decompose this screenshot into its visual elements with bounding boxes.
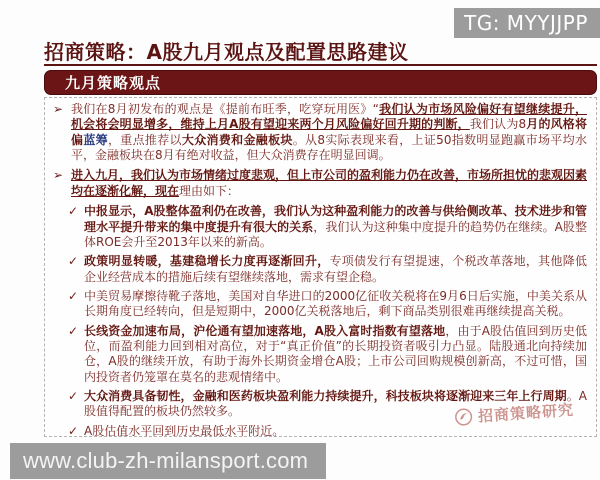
check-bullet-icon: ✓: [66, 389, 84, 404]
arrow-bullet-icon: ➢: [51, 168, 71, 183]
bullet-text: 中美贸易摩擦待靴子落地，美国对自华进口的2000亿征收关税将在9月6日后实施，中…: [84, 289, 587, 320]
tg-badge: TG: MYYJJPP: [454, 8, 600, 38]
bullet-text: 长线资金加速布局，沪伦通有望加速落地，A股入富时指数有望落地，由于A股估值回到历…: [84, 324, 587, 385]
tg-badge-text: TG: MYYJJPP: [464, 11, 588, 35]
text-segment: 大众消费和金融板块: [182, 133, 293, 147]
bullet-item: ✓A股估值水平回到历史最低水平附近。: [66, 424, 587, 439]
bullet-text: 大众消费具备韧性，金融和医药板块盈利能力持续提升，科技板块将逐渐迎来三年上行周期…: [84, 389, 587, 420]
text-segment: 蓝筹: [83, 133, 108, 147]
bullet-text: 进入九月，我们认为市场情绪过度悲观，但上市公司的盈利能力仍在改善，市场所担忧的悲…: [71, 168, 587, 199]
text-segment: 大众消费具备韧性，金融和医药板块盈利能力持续提升，科技板块将逐渐迎来三年上行周期: [84, 389, 567, 403]
bullet-item: ✓大众消费具备韧性，金融和医药板块盈利能力持续提升，科技板块将逐渐迎来三年上行周…: [66, 389, 587, 420]
check-bullet-icon: ✓: [66, 254, 84, 269]
bullet-text: 我们在8月初发布的观点是《提前布旺季，吃穿玩用医》“我们认为市场风险偏好有望继续…: [71, 102, 587, 163]
text-segment: 我们在8月初发布的观点是《提前布旺季，吃穿玩用医》“: [71, 102, 379, 116]
bullet-item: ✓中美贸易摩擦待靴子落地，美国对自华进口的2000亿征收关税将在9月6日后实施，…: [66, 289, 587, 320]
text-segment: ，重点推荐以: [108, 133, 182, 147]
text-segment: 中美贸易摩擦待靴子落地，美国对自华进口的2000亿征收关税将在9月6日后实施，中…: [84, 289, 587, 318]
check-bullet-icon: ✓: [66, 424, 84, 439]
content-box: ➢我们在8月初发布的观点是《提前布旺季，吃穿玩用医》“我们认为市场风险偏好有望继…: [44, 97, 597, 437]
section-header-label: 九月策略观点: [65, 72, 161, 93]
title-underline: [44, 64, 597, 66]
text-segment: 进入九月，我们认为市场情绪过度悲观，但上市公司的盈利能力仍在改善，市场所担忧的悲…: [71, 168, 587, 197]
check-bullet-icon: ✓: [66, 289, 84, 304]
arrow-bullet-icon: ➢: [51, 102, 71, 117]
text-segment: 我们认为8: [470, 117, 526, 131]
bullet-item: ✓政策明显转暖，基建稳增长力度再逐渐回升，专项债发行有望提速，个税改革落地，其他…: [66, 254, 587, 285]
bullet-item: ✓中报显示，A股整体盈利仍在改善，我们认为这种盈利能力的改善与供给侧改革、技术进…: [66, 204, 587, 250]
bullet-text: A股估值水平回到历史最低水平附近。: [84, 424, 587, 439]
footer-url: www.club-zh-milansport.com: [23, 448, 308, 474]
bullet-item: ➢我们在8月初发布的观点是《提前布旺季，吃穿玩用医》“我们认为市场风险偏好有望继…: [51, 102, 587, 163]
bullet-item: ✓长线资金加速布局，沪伦通有望加速落地，A股入富时指数有望落地，由于A股估值回到…: [66, 324, 587, 385]
bullet-item: ➢进入九月，我们认为市场情绪过度悲观，但上市公司的盈利能力仍在改善，市场所担忧的…: [51, 168, 587, 199]
bullet-text: 中报显示，A股整体盈利仍在改善，我们认为这种盈利能力的改善与供给侧改革、技术进步…: [84, 204, 587, 250]
slide-page: TG: MYYJJPP 招商策略：A股九月观点及配置思路建议 九月策略观点 ➢我…: [0, 0, 600, 480]
text-segment: A股估值水平回到历史最低水平附近。: [84, 424, 284, 438]
text-segment: 理由如下：: [179, 184, 239, 198]
bullet-text: 政策明显转暖，基建稳增长力度再逐渐回升，专项债发行有望提速，个税改革落地，其他降…: [84, 254, 587, 285]
section-header: 九月策略观点: [44, 70, 597, 95]
footer-watermark-bar: www.club-zh-milansport.com: [10, 443, 326, 479]
text-segment: 长线资金加速布局，沪伦通有望加速落地，A股入富时指数有望落地: [84, 324, 445, 338]
check-bullet-icon: ✓: [66, 324, 84, 339]
check-bullet-icon: ✓: [66, 204, 84, 219]
text-segment: 政策明显转暖，基建稳增长力度再逐渐回升，: [84, 254, 330, 268]
page-title: 招商策略：A股九月观点及配置思路建议: [44, 36, 597, 65]
